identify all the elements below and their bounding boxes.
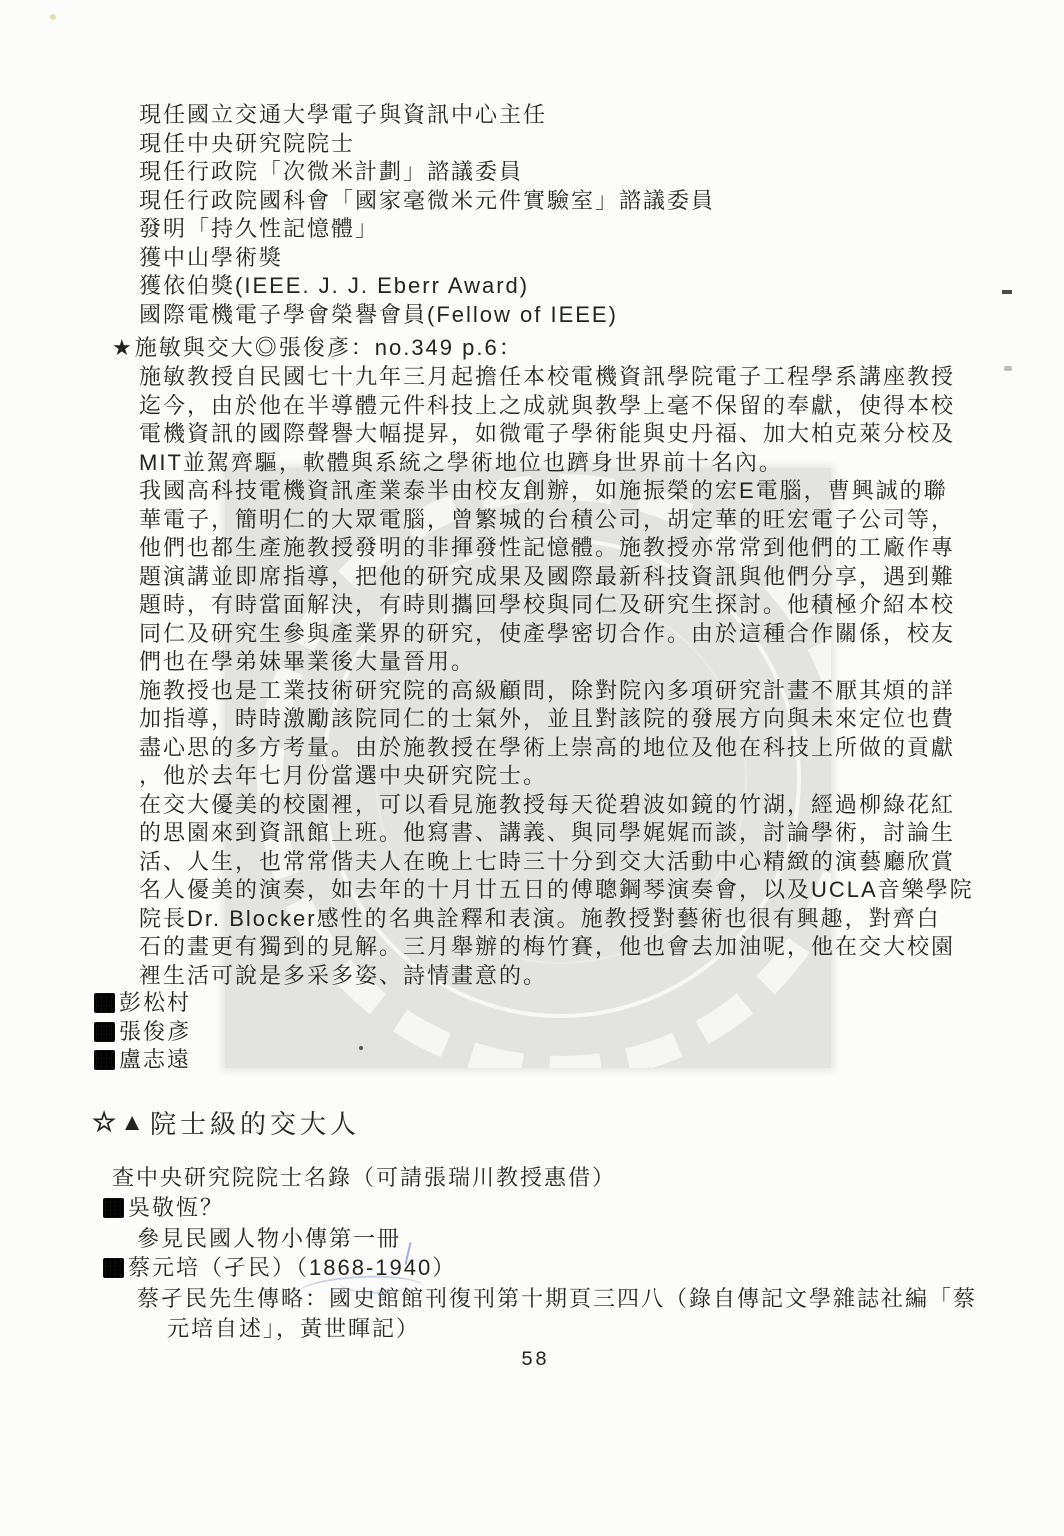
reference-intro: 查中央研究院院士名錄（可請張瑞川教授惠借）: [112, 1164, 616, 1193]
section-heading: ☆ ▲ 院士級的交大人: [92, 1104, 360, 1141]
text-line: 電機資訊的國際聲譽大幅提昇，如微電子學術能與史丹福、加大柏克萊分校及: [139, 420, 974, 449]
contributor-list: 彭松村 張俊彥 盧志遠: [94, 989, 191, 1075]
seal-stamp-icon: [103, 1198, 124, 1218]
text-line: 同仁及研究生參與產業界的研究，使產學密切合作。由於這種合作關係，校友: [139, 620, 974, 649]
text-line: 國際電機電子學會榮譽會員(Fellow of IEEE): [139, 301, 715, 330]
text-line: 施敏教授自民國七十九年三月起擔任本校電機資訊學院電子工程學系講座教授: [139, 363, 974, 392]
text-line: 施教授也是工業技術研究院的高級顧問，除對院內多項研究計畫不厭其煩的詳: [139, 677, 974, 706]
contributor-name: 盧志遠: [119, 1046, 191, 1075]
text-line: 迄今，由於他在半導體元件科技上之成就與教學上毫不保留的奉獻，使得本校: [139, 392, 974, 421]
article-heading: ★ 施敏與交大◎張俊彥：no.349 p.6：: [112, 334, 523, 363]
text-line: 裡生活可說是多采多姿、詩情畫意的。: [139, 962, 974, 991]
scan-speck: [359, 1046, 363, 1050]
text-line: 發明「持久性記憶體」: [139, 215, 715, 244]
text-line: 他們也都生產施教授發明的非揮發性記憶體。施教授亦常常到他們的工廠作專: [139, 534, 974, 563]
contributor-row: 盧志遠: [94, 1046, 191, 1075]
text-line: 現任中央研究院院士: [139, 130, 715, 159]
text-line: 獲依伯獎(IEEE. J. J. Eberr Award): [139, 272, 715, 301]
text-line: 現任國立交通大學電子與資訊中心主任: [139, 101, 715, 130]
contributor-row: 彭松村: [94, 989, 191, 1018]
contributor-name: 彭松村: [119, 989, 191, 1018]
text-line: 名人優美的演奏，如去年的十月廿五日的傅聰鋼琴演奏會，以及UCLA音樂學院: [139, 876, 974, 905]
text-line: 題時，有時當面解決，有時則攜回學校與同仁及研究生探討。他積極介紹本校: [139, 591, 974, 620]
text-line: 們也在學弟妹畢業後大量晉用。: [139, 648, 974, 677]
seal-stamp-icon: [94, 993, 115, 1013]
text-line: 題演講並即席指導，把他的研究成果及國際最新科技資訊與他們分享，遇到難: [139, 563, 974, 592]
text-line: 活、人生，也常常偕夫人在晚上七時三十分到交大活動中心精緻的演藝廳欣賞: [139, 848, 974, 877]
text-line: 在交大優美的校園裡，可以看見施教授每天從碧波如鏡的竹湖，經過柳綠花紅: [139, 791, 974, 820]
article-body: 施敏教授自民國七十九年三月起擔任本校電機資訊學院電子工程學系講座教授迄今，由於他…: [139, 363, 974, 990]
reference-entry-note: 參見民國人物小傳第一冊: [137, 1225, 401, 1254]
outline-star-icon: ☆: [92, 1107, 116, 1138]
filled-triangle-icon: ▲: [120, 1109, 144, 1137]
paragraph: 在交大優美的校園裡，可以看見施教授每天從碧波如鏡的竹湖，經過柳綠花紅的思園來到資…: [139, 791, 974, 991]
reference-entry-note: 蔡孑民先生傳略：國史館館刊復刊第十期頁三四八（錄自傳記文學雜誌社編「蔡: [137, 1285, 977, 1314]
credentials-list: 現任國立交通大學電子與資訊中心主任現任中央研究院院士現任行政院「次微米計劃」諮議…: [139, 101, 715, 329]
contributor-name: 張俊彥: [119, 1018, 191, 1047]
text-line: 華電子，簡明仁的大眾電腦，曾繁城的台積公司，胡定華的旺宏電子公司等，: [139, 506, 974, 535]
reference-entry-title: 吳敬恆？: [128, 1194, 224, 1223]
scanned-page: 現任國立交通大學電子與資訊中心主任現任中央研究院院士現任行政院「次微米計劃」諮議…: [0, 0, 1064, 1536]
contributor-row: 張俊彥: [94, 1018, 191, 1047]
text-line: 現任行政院「次微米計劃」諮議委員: [139, 158, 715, 187]
text-line: 的思園來到資訊館上班。他寫書、講義、與同學娓娓而談，討論學術，討論生: [139, 819, 974, 848]
text-line: 盡心思的多方考量。由於施教授在學術上崇高的地位及他在科技上所做的貢獻: [139, 734, 974, 763]
scan-speck: [50, 14, 56, 20]
scan-speck: [1004, 366, 1012, 371]
paragraph: 施敏教授自民國七十九年三月起擔任本校電機資訊學院電子工程學系講座教授迄今，由於他…: [139, 363, 974, 477]
text-line: ，他於去年七月份當選中央研究院士。: [139, 762, 974, 791]
seal-stamp-icon: [94, 1022, 115, 1042]
text-line: 加指導，時時激勵該院同仁的士氣外，並且對該院的發展方向與未來定位也費: [139, 705, 974, 734]
page-number: 58: [505, 1349, 565, 1372]
scan-speck: [1002, 290, 1012, 294]
text-line: 現任行政院國科會「國家毫微米元件實驗室」諮議委員: [139, 187, 715, 216]
article-heading-text: 施敏與交大◎張俊彥：no.349 p.6：: [135, 334, 523, 363]
text-line: 獲中山學術獎: [139, 244, 715, 273]
reference-entry: 吳敬恆？: [103, 1194, 224, 1223]
reference-entry-note: 元培自述」，黃世暉記）: [167, 1315, 420, 1344]
text-line: 我國高科技電機資訊產業泰半由校友創辦，如施振榮的宏E電腦，曹興誠的聯: [139, 477, 974, 506]
paragraph: 施教授也是工業技術研究院的高級顧問，除對院內多項研究計畫不厭其煩的詳加指導，時時…: [139, 677, 974, 791]
seal-stamp-icon: [94, 1050, 115, 1070]
paragraph: 我國高科技電機資訊產業泰半由校友創辦，如施振榮的宏E電腦，曹興誠的聯華電子，簡明…: [139, 477, 974, 677]
text-line: 院長Dr. Blocker感性的名典詮釋和表演。施教授對藝術也很有興趣，對齊白: [139, 905, 974, 934]
filled-star-icon: ★: [112, 334, 134, 363]
text-line: MIT並駕齊驅，軟體與系統之學術地位也躋身世界前十名內。: [139, 449, 974, 478]
section-heading-text: 院士級的交大人: [150, 1104, 360, 1141]
seal-stamp-icon: [103, 1258, 124, 1278]
text-line: 石的畫更有獨到的見解。三月舉辦的梅竹賽，他也會去加油呢，他在交大校園: [139, 933, 974, 962]
